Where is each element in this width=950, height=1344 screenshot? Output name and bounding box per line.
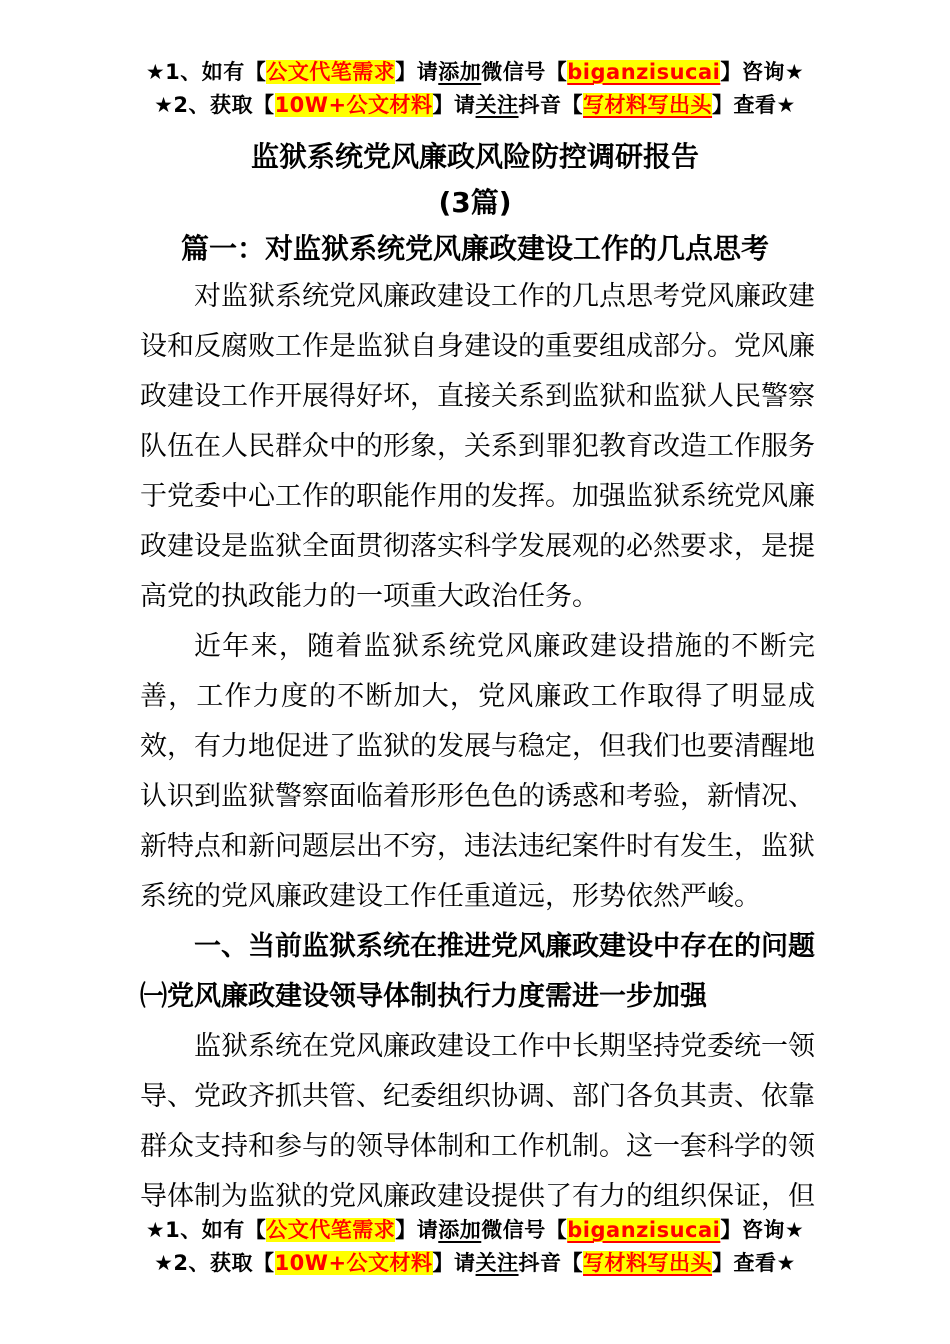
notice-keyword: 关注: [476, 1251, 519, 1275]
notice-text: 】咨询★: [720, 60, 804, 84]
footer-notice: ★1、如有【公文代笔需求】请添加微信号【biganzisucai】咨询★★2、获…: [0, 1214, 950, 1280]
body-paragraph: 对监狱系统党风廉政建设工作的几点思考党风廉政建设和反腐败工作是监狱自身建设的重要…: [140, 272, 815, 622]
document-title: 监狱系统党风廉政风险防控调研报告: [0, 134, 950, 180]
notice-keyword: biganzisucai: [567, 60, 720, 84]
notice-keyword: 写材料写出头: [583, 93, 712, 117]
document-body: 对监狱系统党风廉政建设工作的几点思考党风廉政建设和反腐败工作是监狱自身建设的重要…: [140, 272, 815, 1222]
notice-line: ★1、如有【公文代笔需求】请添加微信号【biganzisucai】咨询★: [0, 56, 950, 89]
notice-keyword: 公文代笔需求: [266, 60, 395, 84]
notice-text: 】查看★: [712, 93, 796, 117]
notice-keyword: 关注: [476, 93, 519, 117]
notice-text: ★1、如有【: [146, 60, 266, 84]
notice-text: ★1、如有【: [146, 1218, 266, 1242]
notice-keyword: 10W+公文材料: [275, 1251, 433, 1275]
notice-keyword: 写材料写出头: [583, 1251, 712, 1275]
section-title: 篇一：对监狱系统党风廉政建设工作的几点思考: [0, 226, 950, 272]
notice-text: 抖音【: [519, 93, 584, 117]
notice-keyword: biganzisucai: [567, 1218, 720, 1242]
notice-line: ★1、如有【公文代笔需求】请添加微信号【biganzisucai】咨询★: [0, 1214, 950, 1247]
document-subtitle: (3篇): [0, 180, 950, 226]
notice-text: ★2、获取【: [154, 93, 274, 117]
body-paragraph: 近年来，随着监狱系统党风廉政建设措施的不断完善，工作力度的不断加大，党风廉政工作…: [140, 622, 815, 922]
document-page: ★1、如有【公文代笔需求】请添加微信号【biganzisucai】咨询★★2、获…: [0, 0, 950, 1344]
body-paragraph: 监狱系统在党风廉政建设工作中长期坚持党委统一领导、党政齐抓共管、纪委组织协调、部…: [140, 1022, 815, 1222]
notice-text: 抖音【: [519, 1251, 584, 1275]
notice-text: 】请: [395, 60, 438, 84]
notice-line: ★2、获取【10W+公文材料】请关注抖音【写材料写出头】查看★: [0, 1247, 950, 1280]
header-notice: ★1、如有【公文代笔需求】请添加微信号【biganzisucai】咨询★★2、获…: [0, 0, 950, 122]
notice-text: 】请: [433, 1251, 476, 1275]
body-heading: 一、当前监狱系统在推进党风廉政建设中存在的问题: [140, 922, 815, 972]
notice-keyword: 添加: [438, 60, 481, 84]
notice-text: 】咨询★: [720, 1218, 804, 1242]
notice-keyword: 10W+公文材料: [275, 93, 433, 117]
notice-text: 】请: [433, 93, 476, 117]
notice-keyword: 添加: [438, 1218, 481, 1242]
body-heading: ㈠党风廉政建设领导体制执行力度需进一步加强: [140, 972, 815, 1022]
notice-keyword: 公文代笔需求: [266, 1218, 395, 1242]
notice-text: 】请: [395, 1218, 438, 1242]
notice-text: 微信号【: [481, 1218, 567, 1242]
title-block: 监狱系统党风廉政风险防控调研报告 (3篇) 篇一：对监狱系统党风廉政建设工作的几…: [0, 134, 950, 272]
notice-text: 】查看★: [712, 1251, 796, 1275]
notice-text: 微信号【: [481, 60, 567, 84]
notice-text: ★2、获取【: [154, 1251, 274, 1275]
notice-line: ★2、获取【10W+公文材料】请关注抖音【写材料写出头】查看★: [0, 89, 950, 122]
